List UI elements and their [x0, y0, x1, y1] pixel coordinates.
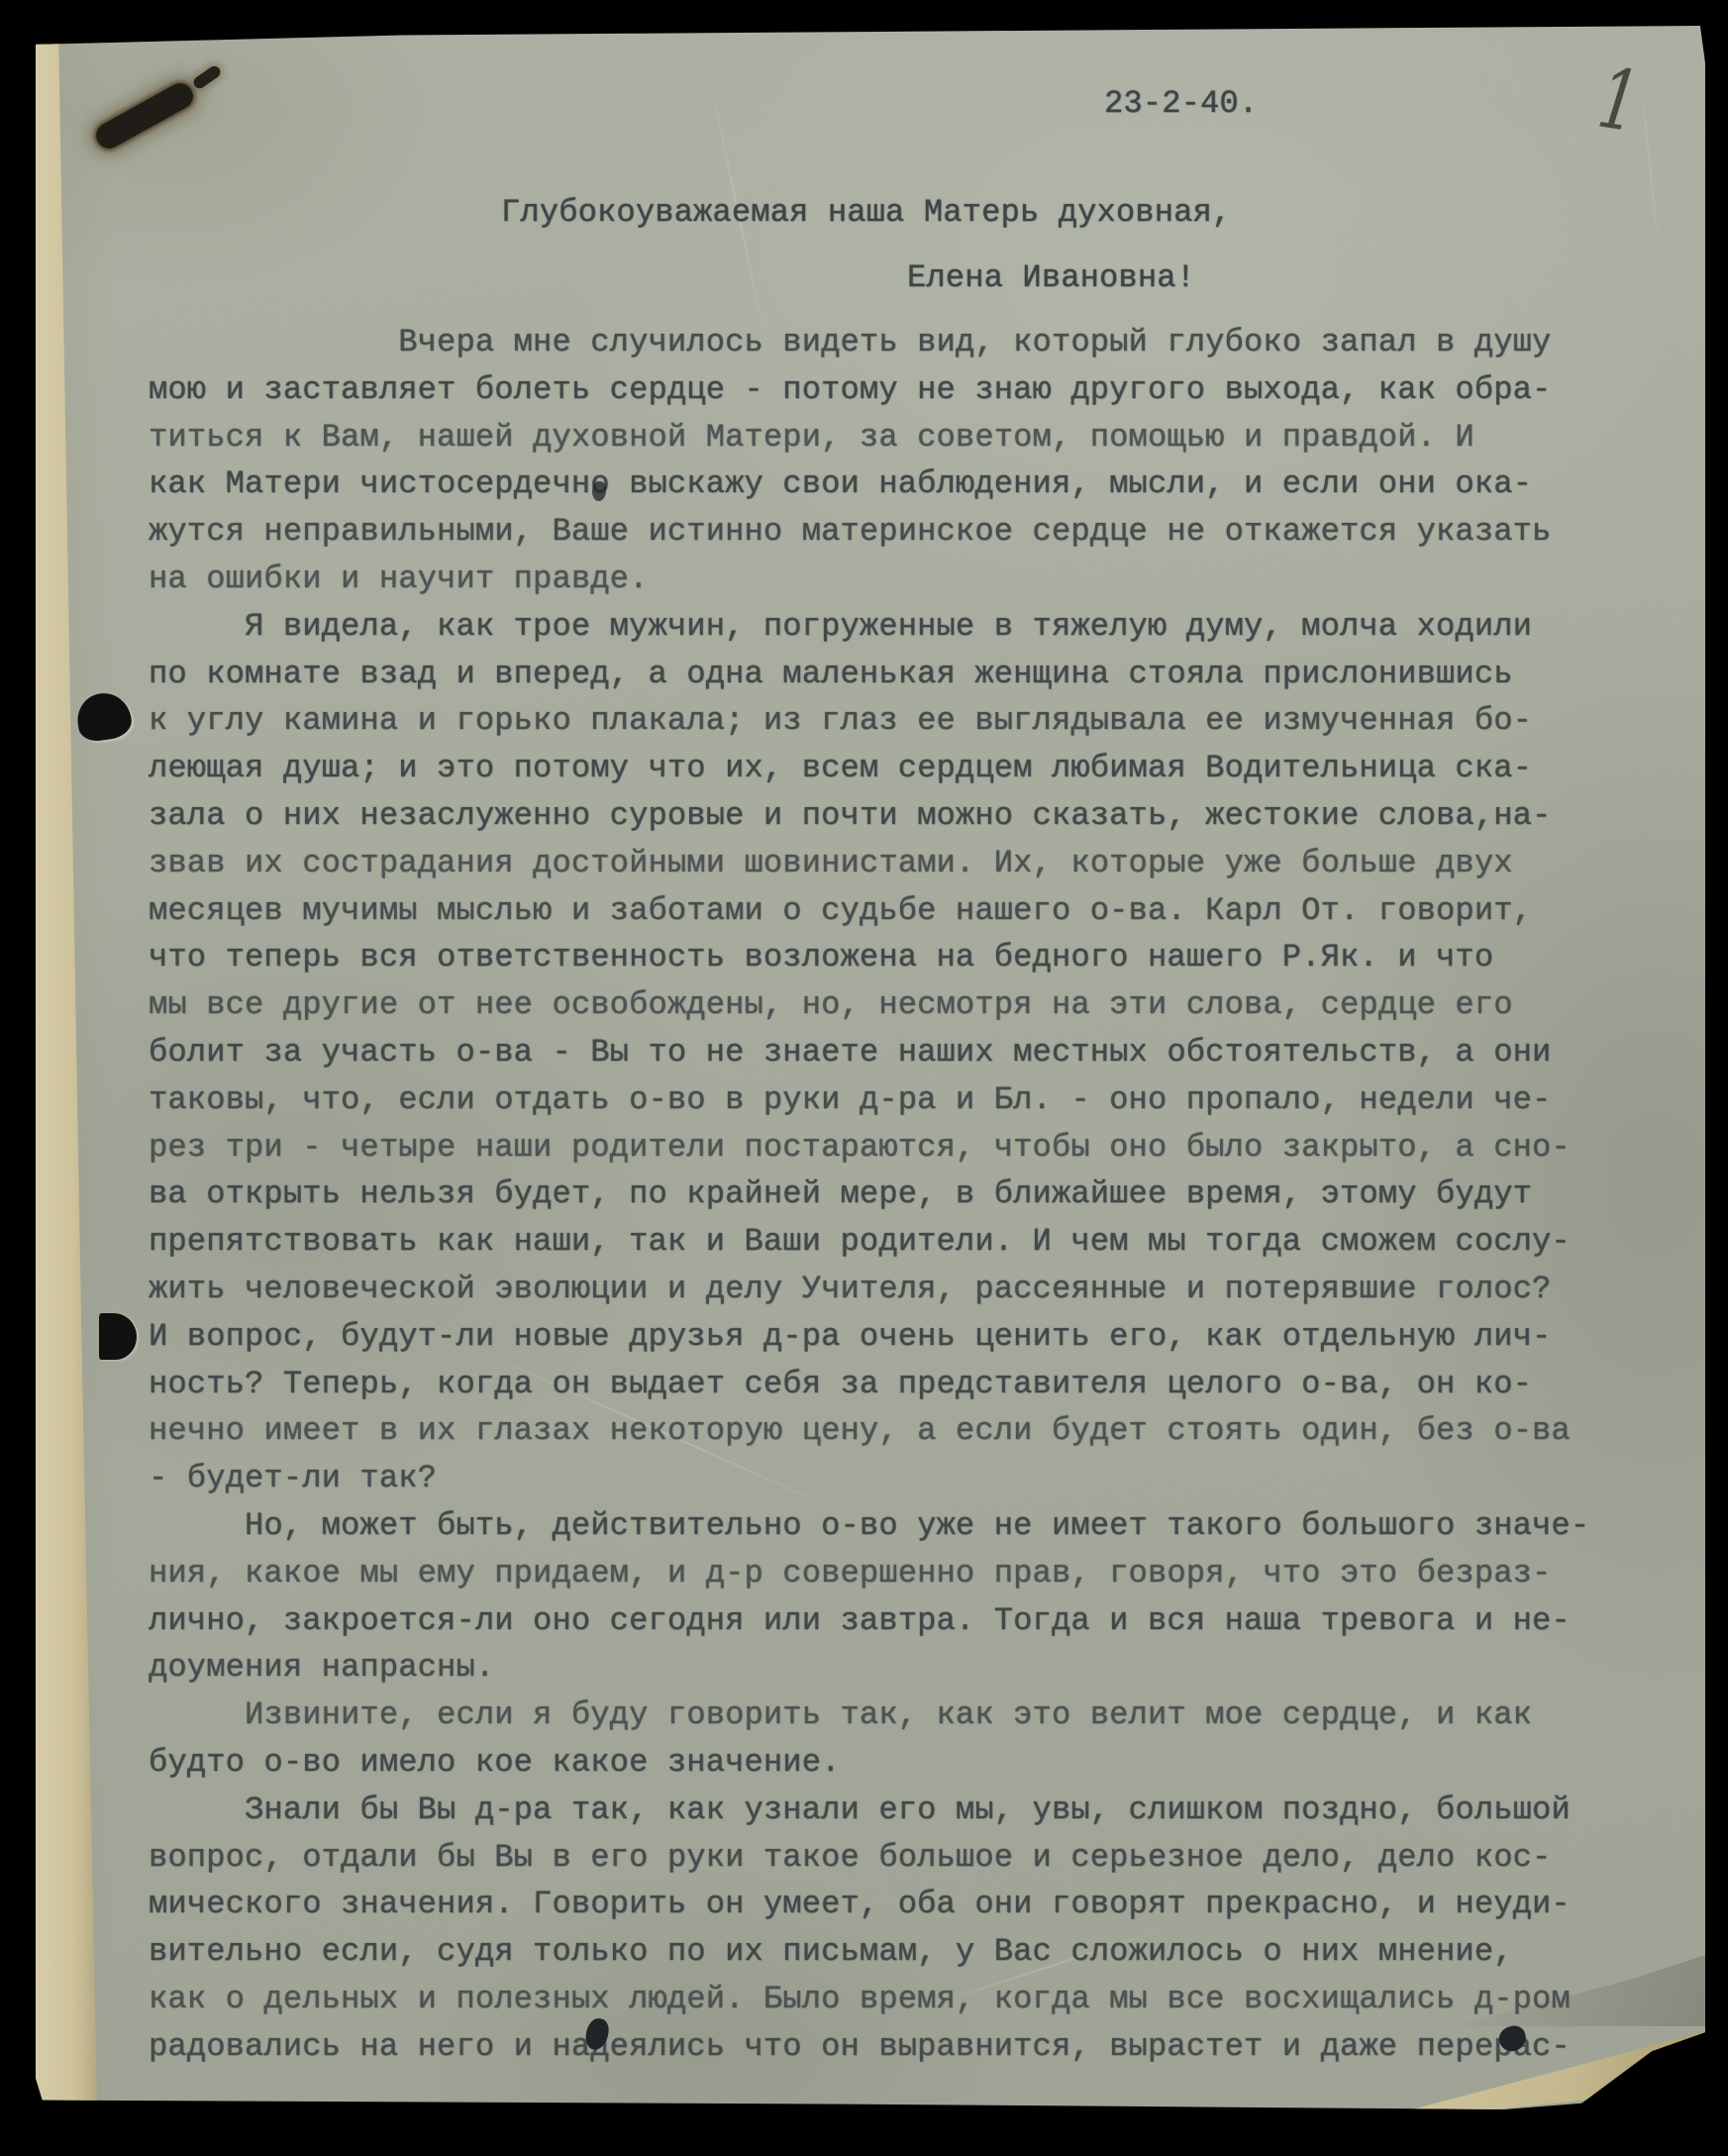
typewritten-line: рез три - четыре наши родители постарают… — [149, 1124, 1589, 1172]
typewritten-line: будто о-во имело кое какое значение. — [149, 1739, 1589, 1787]
typewritten-line: Вчера мне случилось видеть вид, который … — [149, 319, 1589, 366]
typewritten-line: Но, может быть, действительно о-во уже н… — [149, 1502, 1589, 1550]
typewritten-line: ность? Теперь, когда он выдает себя за п… — [149, 1361, 1589, 1408]
typewritten-line: Знали бы Вы д-ра так, как узнали его мы,… — [149, 1787, 1589, 1834]
letter-page: 23-2-40. 1 Глубокоуважаемая наша Матерь … — [36, 26, 1705, 2109]
typewritten-line: титься к Вам, нашей духовной Матери, за … — [149, 414, 1589, 462]
burn-mark — [91, 78, 197, 153]
typewritten-line: жить человеческой эволюции и делу Учител… — [149, 1266, 1589, 1313]
typewritten-line: - будет-ли так? — [149, 1455, 1589, 1502]
typewritten-line: радовались на него и надеялись что он вы… — [149, 2023, 1589, 2071]
typewritten-line: таковы, что, если отдать о-во в руки д-р… — [149, 1077, 1589, 1124]
typewritten-line: на ошибки и научит правде. — [149, 556, 1589, 603]
punch-hole-bottom — [99, 1313, 137, 1360]
paper-folded-edge — [36, 26, 105, 2109]
letter-body: Вчера мне случилось видеть вид, который … — [149, 319, 1589, 2070]
typewritten-line: мы все другие от нее освобождены, но, не… — [149, 981, 1589, 1029]
burn-mark-tail — [191, 63, 222, 90]
typewritten-line: что теперь вся ответственность возложена… — [149, 934, 1589, 981]
typewritten-line: болит за участь о-ва - Вы то не знаете н… — [149, 1029, 1589, 1077]
handwritten-page-number: 1 — [1592, 50, 1645, 152]
typewritten-line: мою и заставляет болеть сердце - потому … — [149, 366, 1589, 414]
salutation-line-1: Глубокоуважаемая наша Матерь духовная, — [501, 194, 1231, 231]
typewritten-line: к углу камина и горько плакала; из глаз … — [149, 697, 1589, 745]
typewritten-line: И вопрос, будут-ли новые друзья д-ра оче… — [149, 1313, 1589, 1361]
typewritten-line: ва открыть нельзя будет, по крайней мере… — [149, 1171, 1589, 1218]
crease-line — [1639, 66, 1662, 263]
typewritten-line: звав их сострадания достойными шовиниста… — [149, 840, 1589, 887]
typewritten-line: нечно имеет в их глазах некоторую цену, … — [149, 1407, 1589, 1455]
letter-date: 23-2-40. — [1104, 85, 1258, 122]
typewritten-line: лично, закроется-ли оно сегодня или завт… — [149, 1597, 1589, 1645]
typewritten-line: по комнате взад и вперед, а одна маленьк… — [149, 651, 1589, 698]
typewritten-line: вительно если, судя только по их письмам… — [149, 1928, 1589, 1976]
typewritten-line: зала о них незаслуженно суровые и почти … — [149, 792, 1589, 840]
typewritten-line: леющая душа; и это потому что их, всем с… — [149, 745, 1589, 792]
typewritten-line: как Матери чистосердечно выскажу свои на… — [149, 461, 1589, 508]
salutation-line-2: Елена Ивановна! — [907, 259, 1195, 296]
typewritten-line: ния, какое мы ему придаем, и д-р соверше… — [149, 1550, 1589, 1597]
typewritten-line: жутся неправильными, Ваше истинно матери… — [149, 508, 1589, 556]
scan-background: { "page": { "date": "23-2-40.", "page_nu… — [0, 0, 1728, 2156]
typewritten-line: препятствовать как наши, так и Ваши роди… — [149, 1218, 1589, 1266]
typewritten-line: Извините, если я буду говорить так, как … — [149, 1692, 1589, 1739]
typewritten-line: месяцев мучимы мыслью и заботами о судьб… — [149, 887, 1589, 935]
typewritten-line: доумения напрасны. — [149, 1644, 1589, 1692]
typewritten-line: как о дельных и полезных людей. Было вре… — [149, 1976, 1589, 2023]
typewritten-line: вопрос, отдали бы Вы в его руки такое бо… — [149, 1834, 1589, 1882]
typewritten-line: мического значения. Говорить он умеет, о… — [149, 1881, 1589, 1928]
typewritten-line: Я видела, как трое мужчин, погруженные в… — [149, 603, 1589, 651]
punch-hole-top — [74, 689, 134, 743]
